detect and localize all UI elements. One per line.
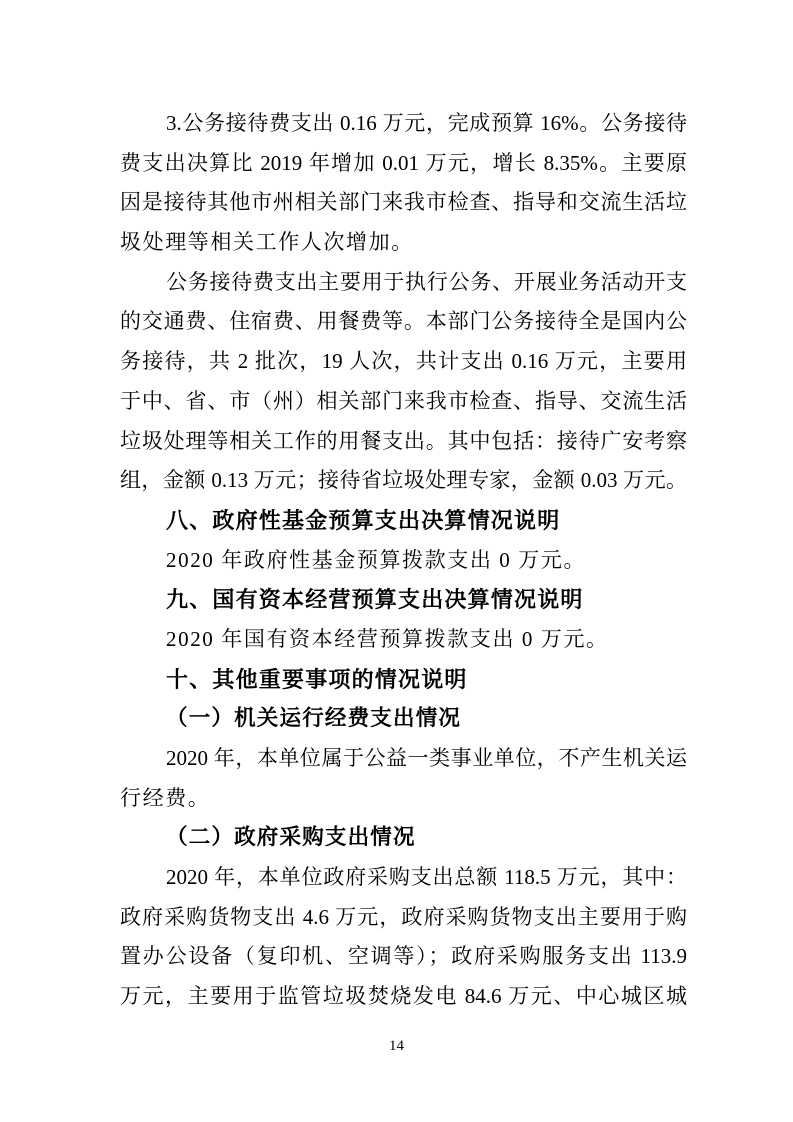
body-line: 垃圾处理等相关工作的用餐支出。其中包括：接待广安考察 [120, 422, 687, 462]
paragraph-reception-expense-summary: 3.公务接待费支出 0.16 万元，完成预算 16%。公务接待 费支出决算比 2… [120, 104, 687, 263]
body-line: 的交通费、住宿费、用餐费等。本部门公务接待全是国内公 [120, 302, 687, 342]
body-line: 万元，主要用于监管垃圾焚烧发电 84.6 万元、中心城区城 [120, 977, 687, 1017]
body-line: 政府采购货物支出 4.6 万元，政府采购货物支出主要用于购 [120, 898, 687, 938]
paragraph-reception-expense-detail: 公务接待费支出主要用于执行公务、开展业务活动开支 的交通费、住宿费、用餐费等。本… [120, 263, 687, 501]
body-line: 务接待，共 2 批次，19 人次，共计支出 0.16 万元，主要用 [120, 342, 687, 382]
document-content: 3.公务接待费支出 0.16 万元，完成预算 16%。公务接待 费支出决算比 2… [120, 104, 687, 1017]
paragraph-operating-funds: 2020 年，本单位属于公益一类事业单位，不产生机关运 行经费。 [120, 739, 687, 818]
subheading-2-government-procurement: （二）政府采购支出情况 [120, 818, 687, 858]
body-line: 置办公设备（复印机、空调等）；政府采购服务支出 113.9 [120, 937, 687, 977]
body-line: 组，金额 0.13 万元；接待省垃圾处理专家，金额 0.03 万元。 [120, 461, 687, 501]
body-line: 2020 年，本单位政府采购支出总额 118.5 万元，其中： [120, 858, 687, 898]
section-heading-8-government-funds: 八、政府性基金预算支出决算情况说明 [120, 501, 687, 541]
body-line: 行经费。 [120, 779, 687, 819]
body-line: 圾处理等相关工作人次增加。 [120, 223, 687, 263]
page-number: 14 [0, 1036, 793, 1056]
body-line: 2020 年国有资本经营预算拨款支出 0 万元。 [120, 620, 687, 660]
body-line: 2020 年政府性基金预算拨款支出 0 万元。 [120, 541, 687, 581]
body-line: 2020 年，本单位属于公益一类事业单位，不产生机关运 [120, 739, 687, 779]
section-heading-10-other-matters: 十、其他重要事项的情况说明 [120, 660, 687, 700]
body-line: 于中、省、市（州）相关部门来我市检查、指导、交流生活 [120, 382, 687, 422]
document-page: 3.公务接待费支出 0.16 万元，完成预算 16%。公务接待 费支出决算比 2… [0, 0, 793, 1122]
body-line: 公务接待费支出主要用于执行公务、开展业务活动开支 [120, 263, 687, 303]
body-line: 费支出决算比 2019 年增加 0.01 万元，增长 8.35%。主要原 [120, 144, 687, 184]
paragraph-government-procurement: 2020 年，本单位政府采购支出总额 118.5 万元，其中： 政府采购货物支出… [120, 858, 687, 1017]
body-line: 因是接待其他市州相关部门来我市检查、指导和交流生活垃 [120, 183, 687, 223]
body-line: 3.公务接待费支出 0.16 万元，完成预算 16%。公务接待 [120, 104, 687, 144]
subheading-1-operating-funds: （一）机关运行经费支出情况 [120, 699, 687, 739]
section-heading-9-state-capital: 九、国有资本经营预算支出决算情况说明 [120, 580, 687, 620]
